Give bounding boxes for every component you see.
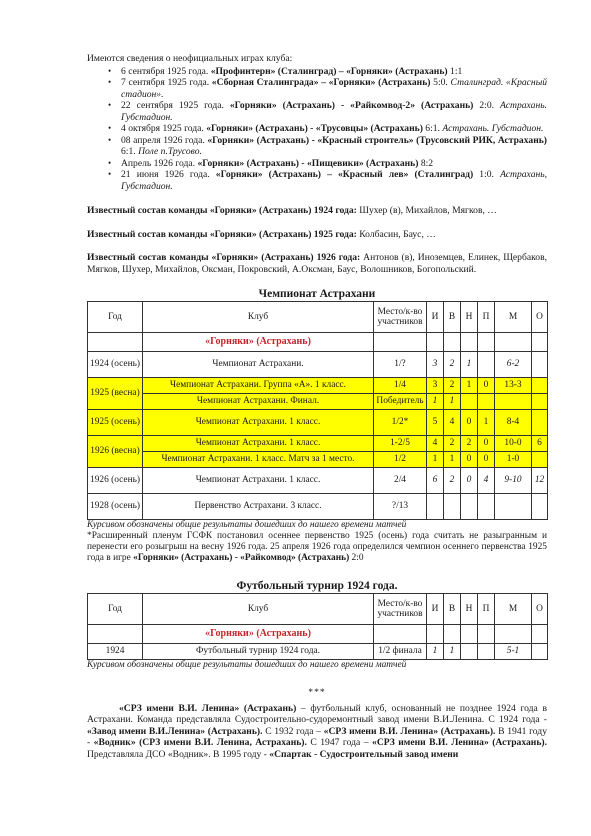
table-row: 1926 (весна)Чемпионат Астрахани. 1 класс… <box>88 436 548 452</box>
game-item: Апрель 1926 года. «Горняки» (Астрахань) … <box>109 158 547 170</box>
document-page: Имеются сведения о неофициальных играх к… <box>87 53 547 760</box>
footnote: *Расширенный пленум ГСФК постановил осен… <box>87 531 547 564</box>
table-row: 1925 (весна)Чемпионат Астрахани. Группа … <box>88 378 548 394</box>
championship-table: Год Клуб Место/к-во участников И В Н П М… <box>87 301 548 520</box>
game-item: 6 сентября 1925 года. «Профинтерн» (Стал… <box>109 66 547 78</box>
team-row: «Горняки» (Астрахань) <box>88 333 548 352</box>
table-row: 1924 (осень)Чемпионат Астрахани.1/?3216-… <box>88 352 548 378</box>
table-header-row: Год Клуб Место/к-во участников И В Н П М… <box>88 302 548 333</box>
tournament-table: Год Клуб Место/к-во участников И В Н П М… <box>87 593 548 660</box>
unofficial-games-intro: Имеются сведения о неофициальных играх к… <box>87 53 547 65</box>
club-history-paragraph: «СРЗ имени В.И. Ленина» (Астрахань) – фу… <box>87 703 547 761</box>
unofficial-games-list: 6 сентября 1925 года. «Профинтерн» (Стал… <box>87 66 547 193</box>
squad-1926: Известный состав команды «Горняки» (Астр… <box>87 252 547 275</box>
section-separator: *** <box>87 687 547 699</box>
italic-note: Курсивом обозначены общие результаты дош… <box>87 520 547 531</box>
table-row: 1928 (осень)Первенство Астрахани. 3 клас… <box>88 494 548 520</box>
table-header-row: Год Клуб Место/к-во участников И В Н П М… <box>88 594 548 625</box>
game-item: 4 октября 1925 года. «Горняки» (Астрахан… <box>109 123 547 135</box>
game-item: 22 сентября 1925 года. «Горняки» (Астрах… <box>109 100 547 123</box>
table-row: 1926 (осень)Чемпионат Астрахани. 1 класс… <box>88 468 548 494</box>
italic-note-2: Курсивом обозначены общие результаты дош… <box>87 660 547 671</box>
squad-1925: Известный состав команды «Горняки» (Астр… <box>87 229 547 241</box>
squad-1924: Известный состав команды «Горняки» (Астр… <box>87 205 547 217</box>
table-row: 1924Футбольный турнир 1924 года.1/2 фина… <box>88 644 548 660</box>
table-row: Чемпионат Астрахани. 1 класс. Матч за 1 … <box>88 452 548 468</box>
table-row: Чемпионат Астрахани. Финал.Победитель11 <box>88 394 548 410</box>
game-item: 08 апреля 1926 года. «Горняки» (Астрахан… <box>109 135 547 158</box>
team-row: «Горняки» (Астрахань) <box>88 625 548 644</box>
game-item: 7 сентября 1925 года. «Сборная Сталингра… <box>109 77 547 100</box>
game-item: 21 июня 1926 года. «Горняки» (Астрахань)… <box>109 169 547 192</box>
tournament-table-title: Футбольный турнир 1924 года. <box>87 580 547 593</box>
table-row: 1925 (осень)Чемпионат Астрахани. 1 класс… <box>88 410 548 436</box>
championship-table-title: Чемпионат Астрахани <box>87 288 547 301</box>
